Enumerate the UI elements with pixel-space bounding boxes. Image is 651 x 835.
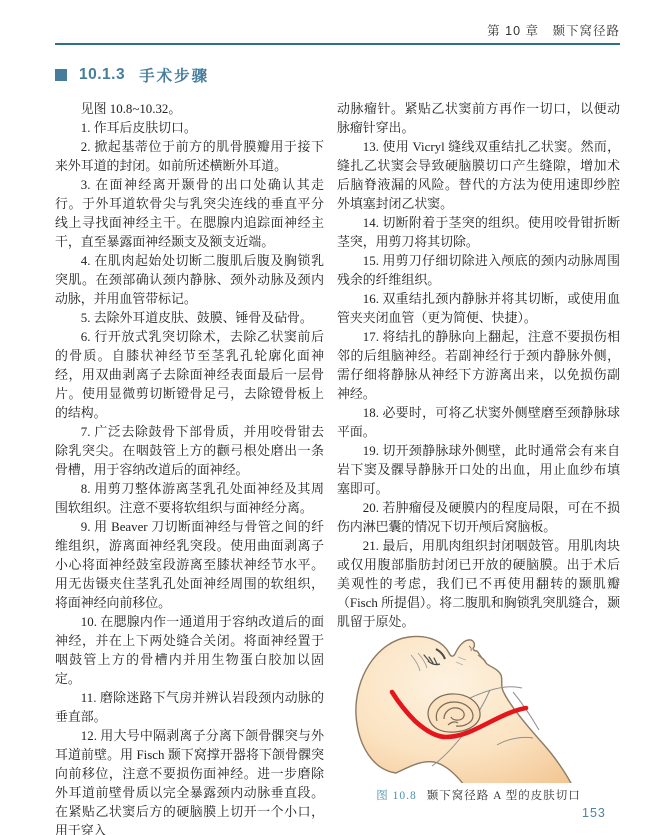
figure-10-8 <box>352 633 618 783</box>
figure-caption-text: 颞下窝径路 A 型的皮肤切口 <box>427 790 581 802</box>
body-paragraph: 6. 行开放式乳突切除术，去除乙状窦前后的骨质。自膝状神经节至茎乳孔轮廓化面神经… <box>55 328 324 423</box>
body-paragraph: 19. 切开颈静脉球外侧壁，此时通常会有来自岩下窦及髁导静脉开口处的出血，用止血… <box>337 442 620 499</box>
body-paragraph: 12. 用大号中隔剥离子分离下颌骨髁突与外耳道前壁。用 Fisch 颞下窝撑开器… <box>55 727 324 835</box>
body-paragraph: 10. 在腮腺内作一通道用于容纳改道后的面神经，并在上下两处缝合关闭。将面神经置… <box>55 613 324 689</box>
body-paragraph: 4. 在肌肉起始处切断二腹肌后腹及胸锁乳突肌。在颈部确认颈内静脉、颈外动脉及颈内… <box>55 252 324 309</box>
section-bullet-square <box>55 69 67 81</box>
body-paragraph: 5. 去除外耳道皮肤、鼓膜、锤骨及砧骨。 <box>55 309 324 328</box>
body-paragraph: 动脉瘤针。紧贴乙状窦前方再作一切口，以便动脉瘤针穿出。 <box>337 100 620 138</box>
body-paragraph: 8. 用剪刀整体游离茎乳孔处面神经及其周围软组织。注意不要将软组织与面神经分离。 <box>55 480 324 518</box>
body-paragraph: 14. 切断附着于茎突的组织。使用咬骨钳折断茎突，用剪刀将其切除。 <box>337 214 620 252</box>
section-number: 10.1.3 <box>79 66 125 84</box>
body-paragraph: 18. 必要时，可将乙状窦外侧壁磨至颈静脉球平面。 <box>337 404 620 442</box>
body-paragraph: 16. 双重结扎颈内静脉并将其切断，或使用血管夹夹闭血管（更为简便、快捷）。 <box>337 290 620 328</box>
body-paragraph: 1. 作耳后皮肤切口。 <box>55 119 324 138</box>
body-paragraph: 11. 磨除迷路下气房并辨认岩段颈内动脉的垂直部。 <box>55 689 324 727</box>
body-paragraph: 3. 在面神经离开颞骨的出口处确认其走行。于外耳道软骨尖与乳突尖连线的垂直平分线… <box>55 176 324 252</box>
figure-caption-label: 图 10.8 <box>376 790 417 802</box>
body-paragraph: 13. 使用 Vicryl 缝线双重结扎乙状窦。然而，缝扎乙状窦会导致硬脑膜切口… <box>337 138 620 214</box>
body-paragraph: 15. 用剪刀仔细切除进入颅底的颈内动脉周围残余的纤维组织。 <box>337 252 620 290</box>
body-paragraph: 7. 广泛去除鼓骨下部骨质，并用咬骨钳去除乳突尖。在咽鼓管上方的颧弓根处磨出一条… <box>55 423 324 480</box>
body-paragraph: 21. 最后，用肌肉组织封闭咽鼓管。用肌肉块或仅用腹部脂肪封闭已开放的硬脑膜。出… <box>337 537 620 632</box>
body-paragraph: 见图 10.8~10.32。 <box>55 100 324 119</box>
figure-caption: 图 10.8颞下窝径路 A 型的皮肤切口 <box>337 787 620 803</box>
body-paragraph: 20. 若肿瘤侵及硬膜内的程度局限，可在不损伤内淋巴囊的情况下切开颅后窝脑板。 <box>337 499 620 537</box>
body-paragraph: 2. 掀起基蒂位于前方的肌骨膜瓣用于接下来外耳道的封闭。如前所述横断外耳道。 <box>55 138 324 176</box>
patient-head-illustration <box>352 633 618 783</box>
section-heading: 10.1.3 手术步骤 <box>55 64 209 86</box>
chapter-header: 第 10 章 颞下窝径路 <box>487 21 620 39</box>
left-column: 见图 10.8~10.32。1. 作耳后皮肤切口。2. 掀起基蒂位于前方的肌骨膜… <box>55 100 324 835</box>
page-number: 153 <box>582 806 606 820</box>
body-paragraph: 17. 将结扎的静脉向上翻起，注意不要损伤相邻的后组脑神经。若副神经行于颈内静脉… <box>337 328 620 404</box>
body-paragraph: 9. 用 Beaver 刀切断面神经与骨管之间的纤维组织，游离面神经乳突段。使用… <box>55 518 324 613</box>
header-rule <box>55 43 620 45</box>
section-title: 手术步骤 <box>139 64 209 86</box>
right-column: 动脉瘤针。紧贴乙状窦前方再作一切口，以便动脉瘤针穿出。13. 使用 Vicryl… <box>337 100 620 632</box>
ear <box>428 694 480 732</box>
